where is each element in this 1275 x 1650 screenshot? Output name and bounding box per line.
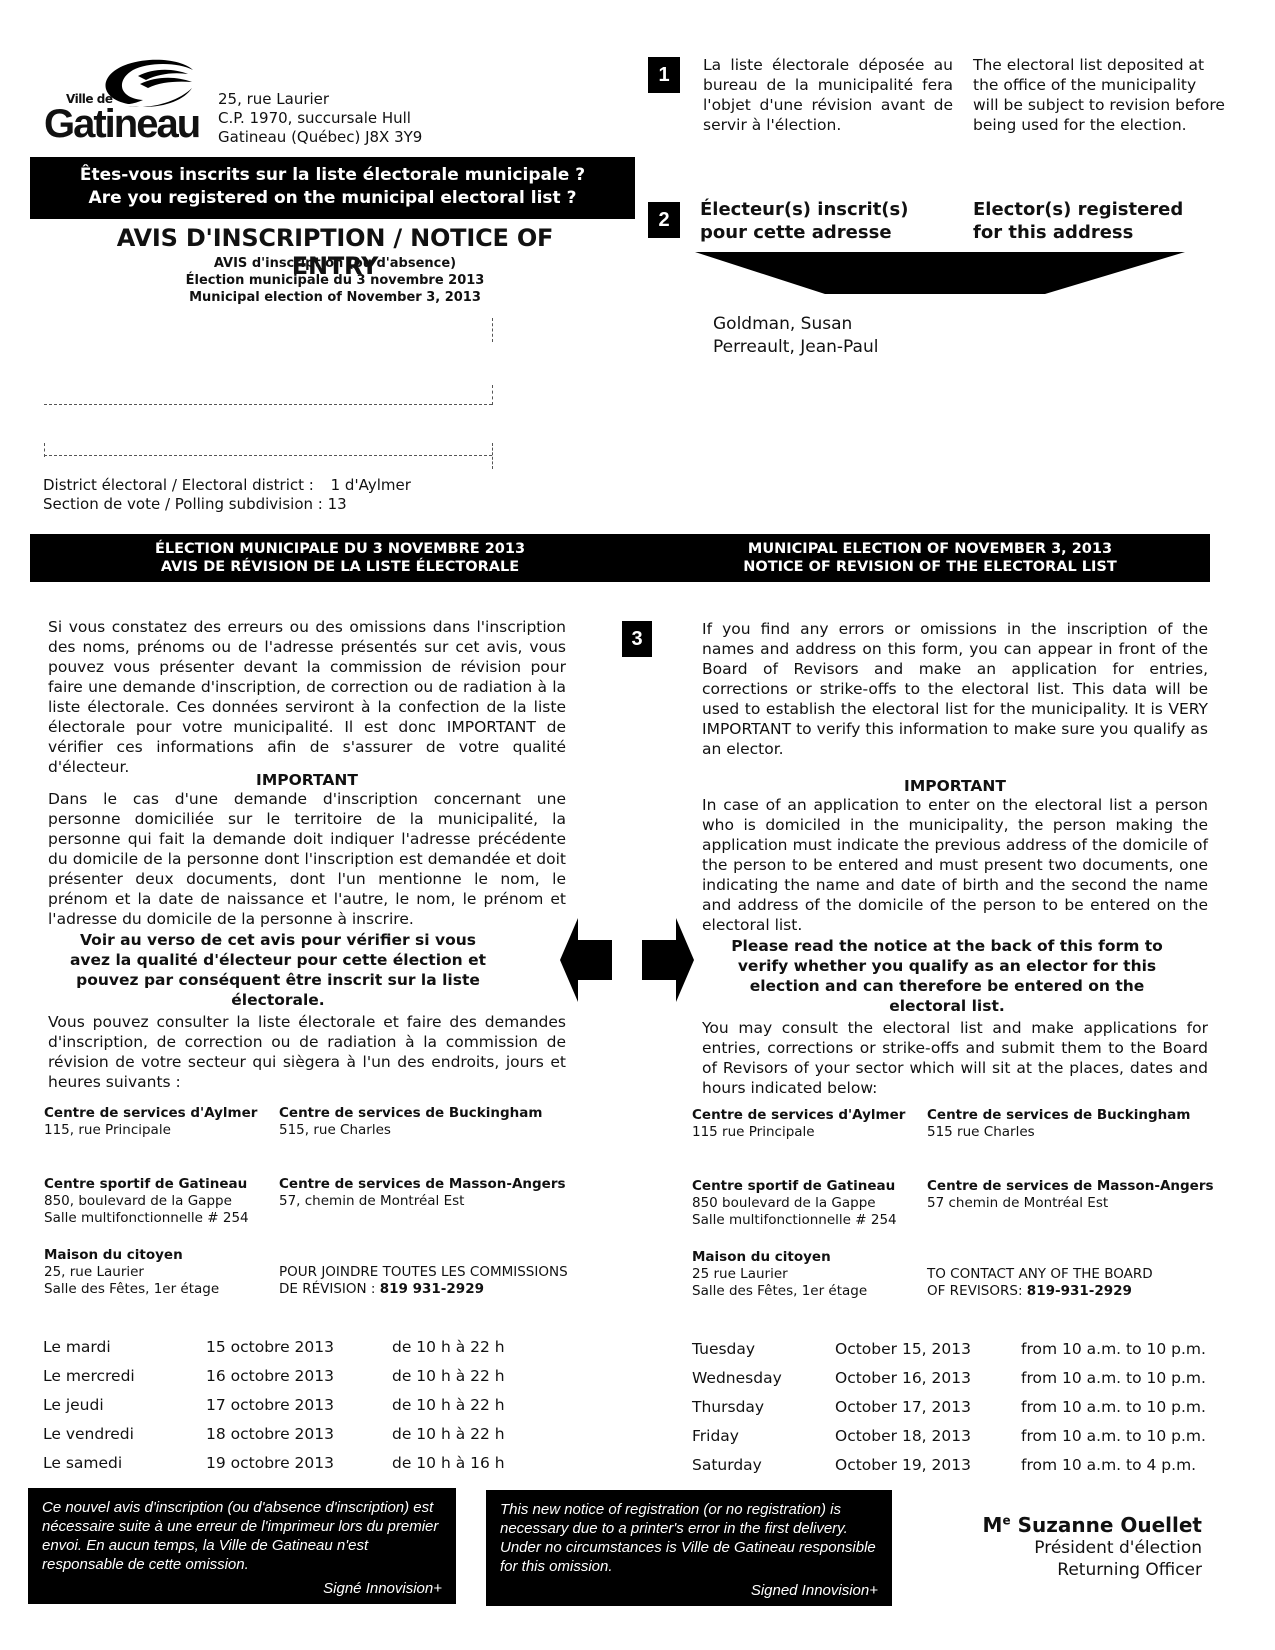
address-line: Gatineau (Québec) J8X 3Y9 xyxy=(218,128,422,147)
location-centre-sportif-fr: Centre sportif de Gatineau 850, boulevar… xyxy=(44,1176,249,1227)
location-address: Salle des Fêtes, 1er étage xyxy=(692,1283,867,1300)
schedule-date: October 16, 2013 xyxy=(835,1369,971,1387)
schedule-hours: de 10 h à 22 h xyxy=(392,1338,505,1356)
location-address: 850, boulevard de la Gappe xyxy=(44,1193,249,1210)
printer-error-note-en: This new notice of registration (or no r… xyxy=(486,1490,892,1606)
location-aylmer-fr: Centre de services d'Aylmer 115, rue Pri… xyxy=(44,1105,257,1139)
elector-name: Goldman, Susan xyxy=(713,313,878,336)
note-signature: Signé Innovision+ xyxy=(323,1579,442,1598)
schedule-hours: from 10 a.m. to 4 p.m. xyxy=(1021,1456,1196,1474)
schedule-hours: from 10 a.m. to 10 p.m. xyxy=(1021,1369,1206,1387)
location-name: Maison du citoyen xyxy=(44,1247,219,1264)
location-address: 515, rue Charles xyxy=(279,1122,542,1139)
electoral-district: District électoral / Electoral district … xyxy=(43,475,411,495)
schedule-row: Le vendredi18 octobre 2013de 10 h à 22 h xyxy=(43,1425,563,1454)
elector-list: Goldman, Susan Perreault, Jean-Paul xyxy=(713,313,878,359)
consult-text-fr: Vous pouvez consulter la liste électoral… xyxy=(48,1012,566,1092)
heading-line: Électeur(s) inscrit(s) xyxy=(700,198,908,221)
banner-line-en: Are you registered on the municipal elec… xyxy=(30,187,635,210)
banner-edge xyxy=(612,157,634,219)
revision-banner-en: MUNICIPAL ELECTION OF NOVEMBER 3, 2013 N… xyxy=(710,540,1150,576)
important-text-fr: Dans le cas d'une demande d'inscription … xyxy=(48,789,566,929)
location-address: Salle multifonctionnelle # 254 xyxy=(44,1210,249,1227)
address-window-line xyxy=(44,404,492,405)
location-name: Maison du citoyen xyxy=(692,1249,867,1266)
arrow-right-icon xyxy=(642,918,694,1002)
important-heading-en: IMPORTANT xyxy=(702,776,1208,796)
subtitle-line: AVIS d'inscription (ou d'absence) xyxy=(75,255,595,272)
schedule-day: Le jeudi xyxy=(43,1396,104,1414)
printer-error-note-fr: Ce nouvel avis d'inscription (ou d'absen… xyxy=(28,1488,456,1604)
schedule-hours: de 10 h à 22 h xyxy=(392,1425,505,1443)
address-window-mark xyxy=(492,443,493,469)
contact-line: OF REVISORS: xyxy=(927,1283,1027,1299)
banner-line: NOTICE OF REVISION OF THE ELECTORAL LIST xyxy=(710,558,1150,576)
address-window-mark xyxy=(492,385,493,405)
location-address: 57, chemin de Montréal Est xyxy=(279,1193,566,1210)
location-address: 25, rue Laurier xyxy=(44,1264,219,1281)
address-window-mark xyxy=(44,443,45,457)
verso-notice-en: Please read the notice at the back of th… xyxy=(712,936,1182,1016)
contact-line: TO CONTACT ANY OF THE BOARD xyxy=(927,1266,1153,1283)
heading-line: pour cette adresse xyxy=(700,221,908,244)
note-text: This new notice of registration (or no r… xyxy=(500,1500,878,1576)
section-1-text-en: The electoral list deposited at the offi… xyxy=(973,55,1225,135)
location-address: 850 boulevard de la Gappe xyxy=(692,1195,897,1212)
contact-en: TO CONTACT ANY OF THE BOARD OF REVISORS:… xyxy=(927,1266,1153,1300)
location-name: Centre sportif de Gatineau xyxy=(44,1176,249,1193)
location-aylmer-en: Centre de services d'Aylmer 115 rue Prin… xyxy=(692,1107,905,1141)
revision-banner-fr: ÉLECTION MUNICIPALE DU 3 NOVEMBRE 2013 A… xyxy=(110,540,570,576)
registration-question-banner: Êtes-vous inscrits sur la liste électora… xyxy=(30,157,635,219)
contact-phone[interactable]: 819 931-2929 xyxy=(380,1281,484,1297)
location-address: Salle des Fêtes, 1er étage xyxy=(44,1281,219,1298)
schedule-row: Le jeudi17 octobre 2013de 10 h à 22 h xyxy=(43,1396,563,1425)
location-maison-citoyen-en: Maison du citoyen 25 rue Laurier Salle d… xyxy=(692,1249,867,1300)
location-maison-citoyen-fr: Maison du citoyen 25, rue Laurier Salle … xyxy=(44,1247,219,1298)
schedule-day: Le mardi xyxy=(43,1338,111,1356)
schedule-row: Le samedi19 octobre 2013de 10 h à 16 h xyxy=(43,1454,563,1483)
banner-line: MUNICIPAL ELECTION OF NOVEMBER 3, 2013 xyxy=(710,540,1150,558)
location-name: Centre de services de Buckingham xyxy=(927,1107,1190,1124)
schedule-date: October 18, 2013 xyxy=(835,1427,971,1445)
schedule-row: WednesdayOctober 16, 2013from 10 a.m. to… xyxy=(692,1369,1212,1398)
address-line: 25, rue Laurier xyxy=(218,90,422,109)
arrow-down-icon xyxy=(695,252,1185,294)
location-name: Centre de services d'Aylmer xyxy=(692,1107,905,1124)
schedule-hours: de 10 h à 22 h xyxy=(392,1367,505,1385)
verso-notice-fr: Voir au verso de cet avis pour vérifier … xyxy=(58,930,498,1010)
schedule-row: FridayOctober 18, 2013from 10 a.m. to 10… xyxy=(692,1427,1212,1456)
officer-name: Me Suzanne Ouellet xyxy=(920,1513,1202,1537)
schedule-day: Wednesday xyxy=(692,1369,782,1387)
municipal-address: 25, rue Laurier C.P. 1970, succursale Hu… xyxy=(218,90,422,147)
contact-line: DE RÉVISION : xyxy=(279,1281,380,1297)
consult-text-en: You may consult the electoral list and m… xyxy=(702,1018,1208,1098)
schedule-date: October 17, 2013 xyxy=(835,1398,971,1416)
location-name: Centre de services de Masson-Angers xyxy=(927,1178,1214,1195)
section-2-badge: 2 xyxy=(648,202,680,238)
location-address: 515 rue Charles xyxy=(927,1124,1190,1141)
location-address: 115, rue Principale xyxy=(44,1122,257,1139)
location-masson-angers-en: Centre de services de Masson-Angers 57 c… xyxy=(927,1178,1214,1212)
schedule-day: Le samedi xyxy=(43,1454,122,1472)
logo-gatineau: Gatineau xyxy=(44,104,199,144)
section-2-heading-en: Elector(s) registered for this address xyxy=(973,198,1183,244)
location-address: 115 rue Principale xyxy=(692,1124,905,1141)
schedule-date: October 15, 2013 xyxy=(835,1340,971,1358)
schedule-date: 16 octobre 2013 xyxy=(206,1367,334,1385)
heading-line: for this address xyxy=(973,221,1183,244)
address-line: C.P. 1970, succursale Hull xyxy=(218,109,422,128)
location-centre-sportif-en: Centre sportif de Gatineau 850 boulevard… xyxy=(692,1178,897,1229)
schedule-date: 15 octobre 2013 xyxy=(206,1338,334,1356)
officer-prefix: Me xyxy=(983,1513,1011,1537)
schedule-day: Le mercredi xyxy=(43,1367,135,1385)
revision-banner: ÉLECTION MUNICIPALE DU 3 NOVEMBRE 2013 A… xyxy=(30,534,1210,582)
note-text: Ce nouvel avis d'inscription (ou d'absen… xyxy=(42,1498,442,1574)
subtitle-line: Municipal election of November 3, 2013 xyxy=(75,289,595,306)
schedule-day: Le vendredi xyxy=(43,1425,134,1443)
location-address: 57 chemin de Montréal Est xyxy=(927,1195,1214,1212)
schedule-day: Saturday xyxy=(692,1456,762,1474)
address-window-mark xyxy=(492,318,493,342)
schedule-table-en: TuesdayOctober 15, 2013from 10 a.m. to 1… xyxy=(692,1340,1212,1485)
revision-intro-en: If you find any errors or omissions in t… xyxy=(702,619,1208,759)
schedule-row: Le mercredi16 octobre 2013de 10 h à 22 h xyxy=(43,1367,563,1396)
revision-intro-fr: Si vous constatez des erreurs ou des omi… xyxy=(48,617,566,777)
district-value: 1 d'Aylmer xyxy=(331,476,411,494)
schedule-table-fr: Le mardi15 octobre 2013de 10 h à 22 hLe … xyxy=(43,1338,563,1483)
subtitle-line: Élection municipale du 3 novembre 2013 xyxy=(75,272,595,289)
schedule-hours: de 10 h à 22 h xyxy=(392,1396,505,1414)
subdivision-value: 13 xyxy=(328,495,347,513)
officer-role-en: Returning Officer xyxy=(920,1559,1202,1581)
schedule-date: October 19, 2013 xyxy=(835,1456,971,1474)
location-name: Centre de services de Masson-Angers xyxy=(279,1176,566,1193)
page-subtitle: AVIS d'inscription (ou d'absence) Électi… xyxy=(75,255,595,306)
location-name: Centre de services d'Aylmer xyxy=(44,1105,257,1122)
arrow-left-icon xyxy=(560,918,612,1002)
location-buckingham-fr: Centre de services de Buckingham 515, ru… xyxy=(279,1105,542,1139)
section-2-heading-fr: Électeur(s) inscrit(s) pour cette adress… xyxy=(700,198,908,244)
officer-role-fr: Président d'élection xyxy=(920,1537,1202,1559)
polling-subdivision: Section de vote / Polling subdivision : … xyxy=(43,494,347,514)
location-address: Salle multifonctionnelle # 254 xyxy=(692,1212,897,1229)
banner-line: AVIS DE RÉVISION DE LA LISTE ÉLECTORALE xyxy=(110,558,570,576)
contact-phone[interactable]: 819-931-2929 xyxy=(1027,1283,1132,1299)
schedule-day: Tuesday xyxy=(692,1340,755,1358)
section-1-text-fr: La liste électorale déposée au bureau de… xyxy=(703,55,953,135)
schedule-row: SaturdayOctober 19, 2013from 10 a.m. to … xyxy=(692,1456,1212,1485)
important-text-en: In case of an application to enter on th… xyxy=(702,795,1208,935)
schedule-row: Le mardi15 octobre 2013de 10 h à 22 h xyxy=(43,1338,563,1367)
section-1-badge: 1 xyxy=(648,57,680,93)
section-3-badge: 3 xyxy=(622,621,652,657)
schedule-row: ThursdayOctober 17, 2013from 10 a.m. to … xyxy=(692,1398,1212,1427)
schedule-date: 17 octobre 2013 xyxy=(206,1396,334,1414)
heading-line: Elector(s) registered xyxy=(973,198,1183,221)
contact-fr: POUR JOINDRE TOUTES LES COMMISSIONS DE R… xyxy=(279,1264,568,1298)
location-masson-angers-fr: Centre de services de Masson-Angers 57, … xyxy=(279,1176,566,1210)
subdivision-label: Section de vote / Polling subdivision : xyxy=(43,495,323,513)
schedule-date: 18 octobre 2013 xyxy=(206,1425,334,1443)
location-name: Centre sportif de Gatineau xyxy=(692,1178,897,1195)
location-buckingham-en: Centre de services de Buckingham 515 rue… xyxy=(927,1107,1190,1141)
important-heading-fr: IMPORTANT xyxy=(48,770,566,790)
schedule-day: Friday xyxy=(692,1427,739,1445)
note-signature: Signed Innovision+ xyxy=(751,1581,878,1600)
officer-fullname: Suzanne Ouellet xyxy=(1018,1513,1202,1537)
schedule-hours: from 10 a.m. to 10 p.m. xyxy=(1021,1427,1206,1445)
schedule-day: Thursday xyxy=(692,1398,764,1416)
banner-line: ÉLECTION MUNICIPALE DU 3 NOVEMBRE 2013 xyxy=(110,540,570,558)
banner-line-fr: Êtes-vous inscrits sur la liste électora… xyxy=(30,164,635,187)
location-name: Centre de services de Buckingham xyxy=(279,1105,542,1122)
schedule-hours: from 10 a.m. to 10 p.m. xyxy=(1021,1398,1206,1416)
elector-name: Perreault, Jean-Paul xyxy=(713,336,878,359)
schedule-row: TuesdayOctober 15, 2013from 10 a.m. to 1… xyxy=(692,1340,1212,1369)
address-window-line xyxy=(44,455,492,456)
location-address: 25 rue Laurier xyxy=(692,1266,867,1283)
schedule-hours: de 10 h à 16 h xyxy=(392,1454,505,1472)
district-label: District électoral / Electoral district … xyxy=(43,476,314,494)
schedule-hours: from 10 a.m. to 10 p.m. xyxy=(1021,1340,1206,1358)
schedule-date: 19 octobre 2013 xyxy=(206,1454,334,1472)
returning-officer: Me Suzanne Ouellet Président d'élection … xyxy=(920,1513,1202,1581)
contact-line: POUR JOINDRE TOUTES LES COMMISSIONS xyxy=(279,1264,568,1281)
